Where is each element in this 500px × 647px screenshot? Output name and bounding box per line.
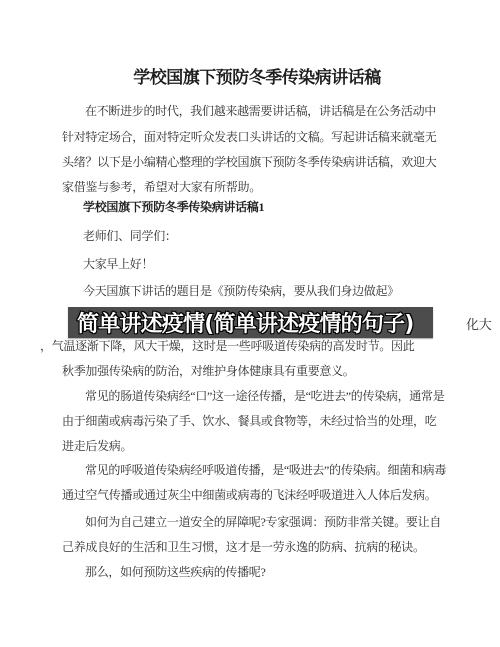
text-line: 常见的呼吸道传染病经呼吸道传播，是“吸进去”的传染病。细菌和病毒: [85, 463, 446, 477]
text-line: 家借鉴与参考，希望对大家有所帮助。: [62, 180, 261, 194]
text-line: 秋季加强传染病的防治，对维护身体健康具有重要意义。: [62, 364, 355, 378]
obscured-text-fragment: 化大: [466, 314, 491, 333]
text-line: 由于细菌或病毒污染了手、饮水、餐具或食物等，未经过恰当的处理，吃: [62, 414, 436, 428]
text-line: 在不断进步的时代，我们越来越需要讲话稿，讲话稿是在公务活动中: [85, 104, 436, 118]
text-line: 进走后发病。: [62, 439, 132, 453]
text-line: 针对特定场合，面对特定听众发表口头讲话的文稿。写起讲话稿来就毫无: [62, 130, 436, 144]
text-line: 常见的肠道传染病经“口”这一途径传播，是“吃进去”的传染病，通常是: [85, 389, 444, 403]
text-line: 如何为自己建立一道安全的屏障呢?专家强调：预防非常关键。要让自: [85, 515, 441, 529]
text-line: 头绪？以下是小编精心整理的学校国旗下预防冬季传染病讲话稿，欢迎大: [62, 155, 436, 169]
text-line: 那么，如何预防这些疾病的传播呢?: [85, 565, 266, 579]
text-line: 学校国旗下预防冬季传染病讲话稿1: [83, 200, 264, 214]
watermark-title: 简单讲述疫情(简单讲述疫情的句子): [68, 307, 414, 338]
text-line: 老师们、同学们：: [83, 229, 177, 243]
text-line: ，气温逐渐下降，风大干燥，这时是一些呼吸道传染病的高发时节。因此: [40, 339, 414, 353]
text-line: 己养成良好的生活和卫生习惯，这才是一劳永逸的防病、抗病的秘诀。: [62, 540, 425, 554]
watermark-banner: 简单讲述疫情(简单讲述疫情的句子): [68, 307, 433, 338]
text-line: 今天国旗下讲话的题目是《预防传染病，要从我们身边做起》: [83, 284, 399, 298]
text-line: 通过空气传播或通过灰尘中细菌或病毒的飞沫经呼吸道进入人体后发病。: [62, 488, 436, 502]
text-line: 大家早上好！: [83, 257, 153, 271]
document-page: 学校国旗下预防冬季传染病讲话稿 在不断进步的时代，我们越来越需要讲话稿，讲话稿是…: [0, 0, 500, 647]
